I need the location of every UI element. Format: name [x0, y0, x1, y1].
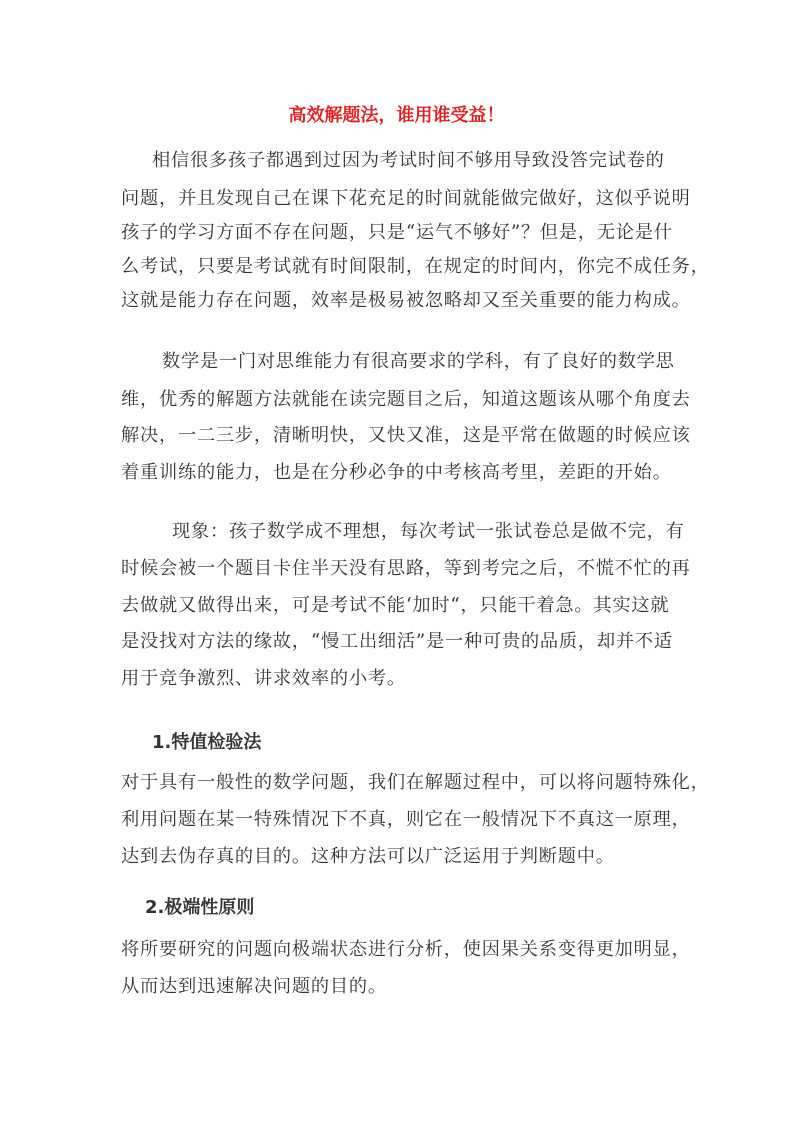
section-heading: 1.特值检验法 — [152, 731, 261, 755]
paragraph-line: 维，优秀的解题方法就能在读完题目之后，知道这题该从哪个角度去 — [121, 388, 681, 412]
document-title: 高效解题法，谁用谁受益！ — [0, 104, 793, 128]
paragraph-line: 么考试，只要是考试就有时间限制，在规定的时间内，你完不成任务， — [121, 255, 681, 279]
paragraph-line: 问题，并且发现自己在课下花充足的时间就能做完做好，这似乎说明 — [121, 187, 681, 211]
paragraph-line: 解决，一二三步，清晰明快，又快又准，这是平常在做题的时候应该 — [121, 424, 681, 448]
paragraph-line: 去做就又做得出来，可是考试不能‘加时“，只能干着急。其实这就 — [121, 594, 681, 618]
section-line: 利用问题在某一特殊情况下不真，则它在一般情况下不真这一原理， — [121, 808, 681, 832]
paragraph-line: 是没找对方法的缘故，“慢工出细活”是一种可贵的品质，却并不适 — [121, 630, 681, 654]
paragraph-line: 数学是一门对思维能力有很高要求的学科，有了良好的数学思 — [162, 350, 722, 374]
section-line: 从而达到迅速解决问题的目的。 — [121, 975, 681, 999]
document-page: 高效解题法，谁用谁受益！ 相信很多孩子都遇到过因为考试时间不够用导致没答完试卷的… — [0, 0, 793, 1122]
section-line: 将所要研究的问题向极端状态进行分析，使因果关系变得更加明显， — [121, 938, 681, 962]
section-line: 达到去伪存真的目的。这种方法可以广泛运用于判断题中。 — [121, 845, 681, 869]
section-line: 对于具有一般性的数学问题，我们在解题过程中，可以将问题特殊化， — [121, 771, 681, 795]
paragraph-line: 时候会被一个题目卡住半天没有思路，等到考完之后，不慌不忙的再 — [121, 557, 681, 581]
paragraph-line: 相信很多孩子都遇到过因为考试时间不够用导致没答完试卷的 — [152, 149, 712, 173]
paragraph-line: 着重训练的能力，也是在分秒必争的中考核高考里，差距的开始。 — [121, 461, 681, 485]
paragraph-line: 这就是能力存在问题，效率是极易被忽略却又至关重要的能力构成。 — [121, 289, 681, 313]
paragraph-line: 现象：孩子数学成不理想，每次考试一张试卷总是做不完，有 — [172, 520, 732, 544]
paragraph-line: 孩子的学习方面不存在问题，只是“运气不够好”？但是，无论是什 — [121, 221, 681, 245]
paragraph-line: 用于竞争激烈、讲求效率的小考。 — [121, 667, 681, 691]
section-heading: 2.极端性原则 — [145, 896, 254, 920]
